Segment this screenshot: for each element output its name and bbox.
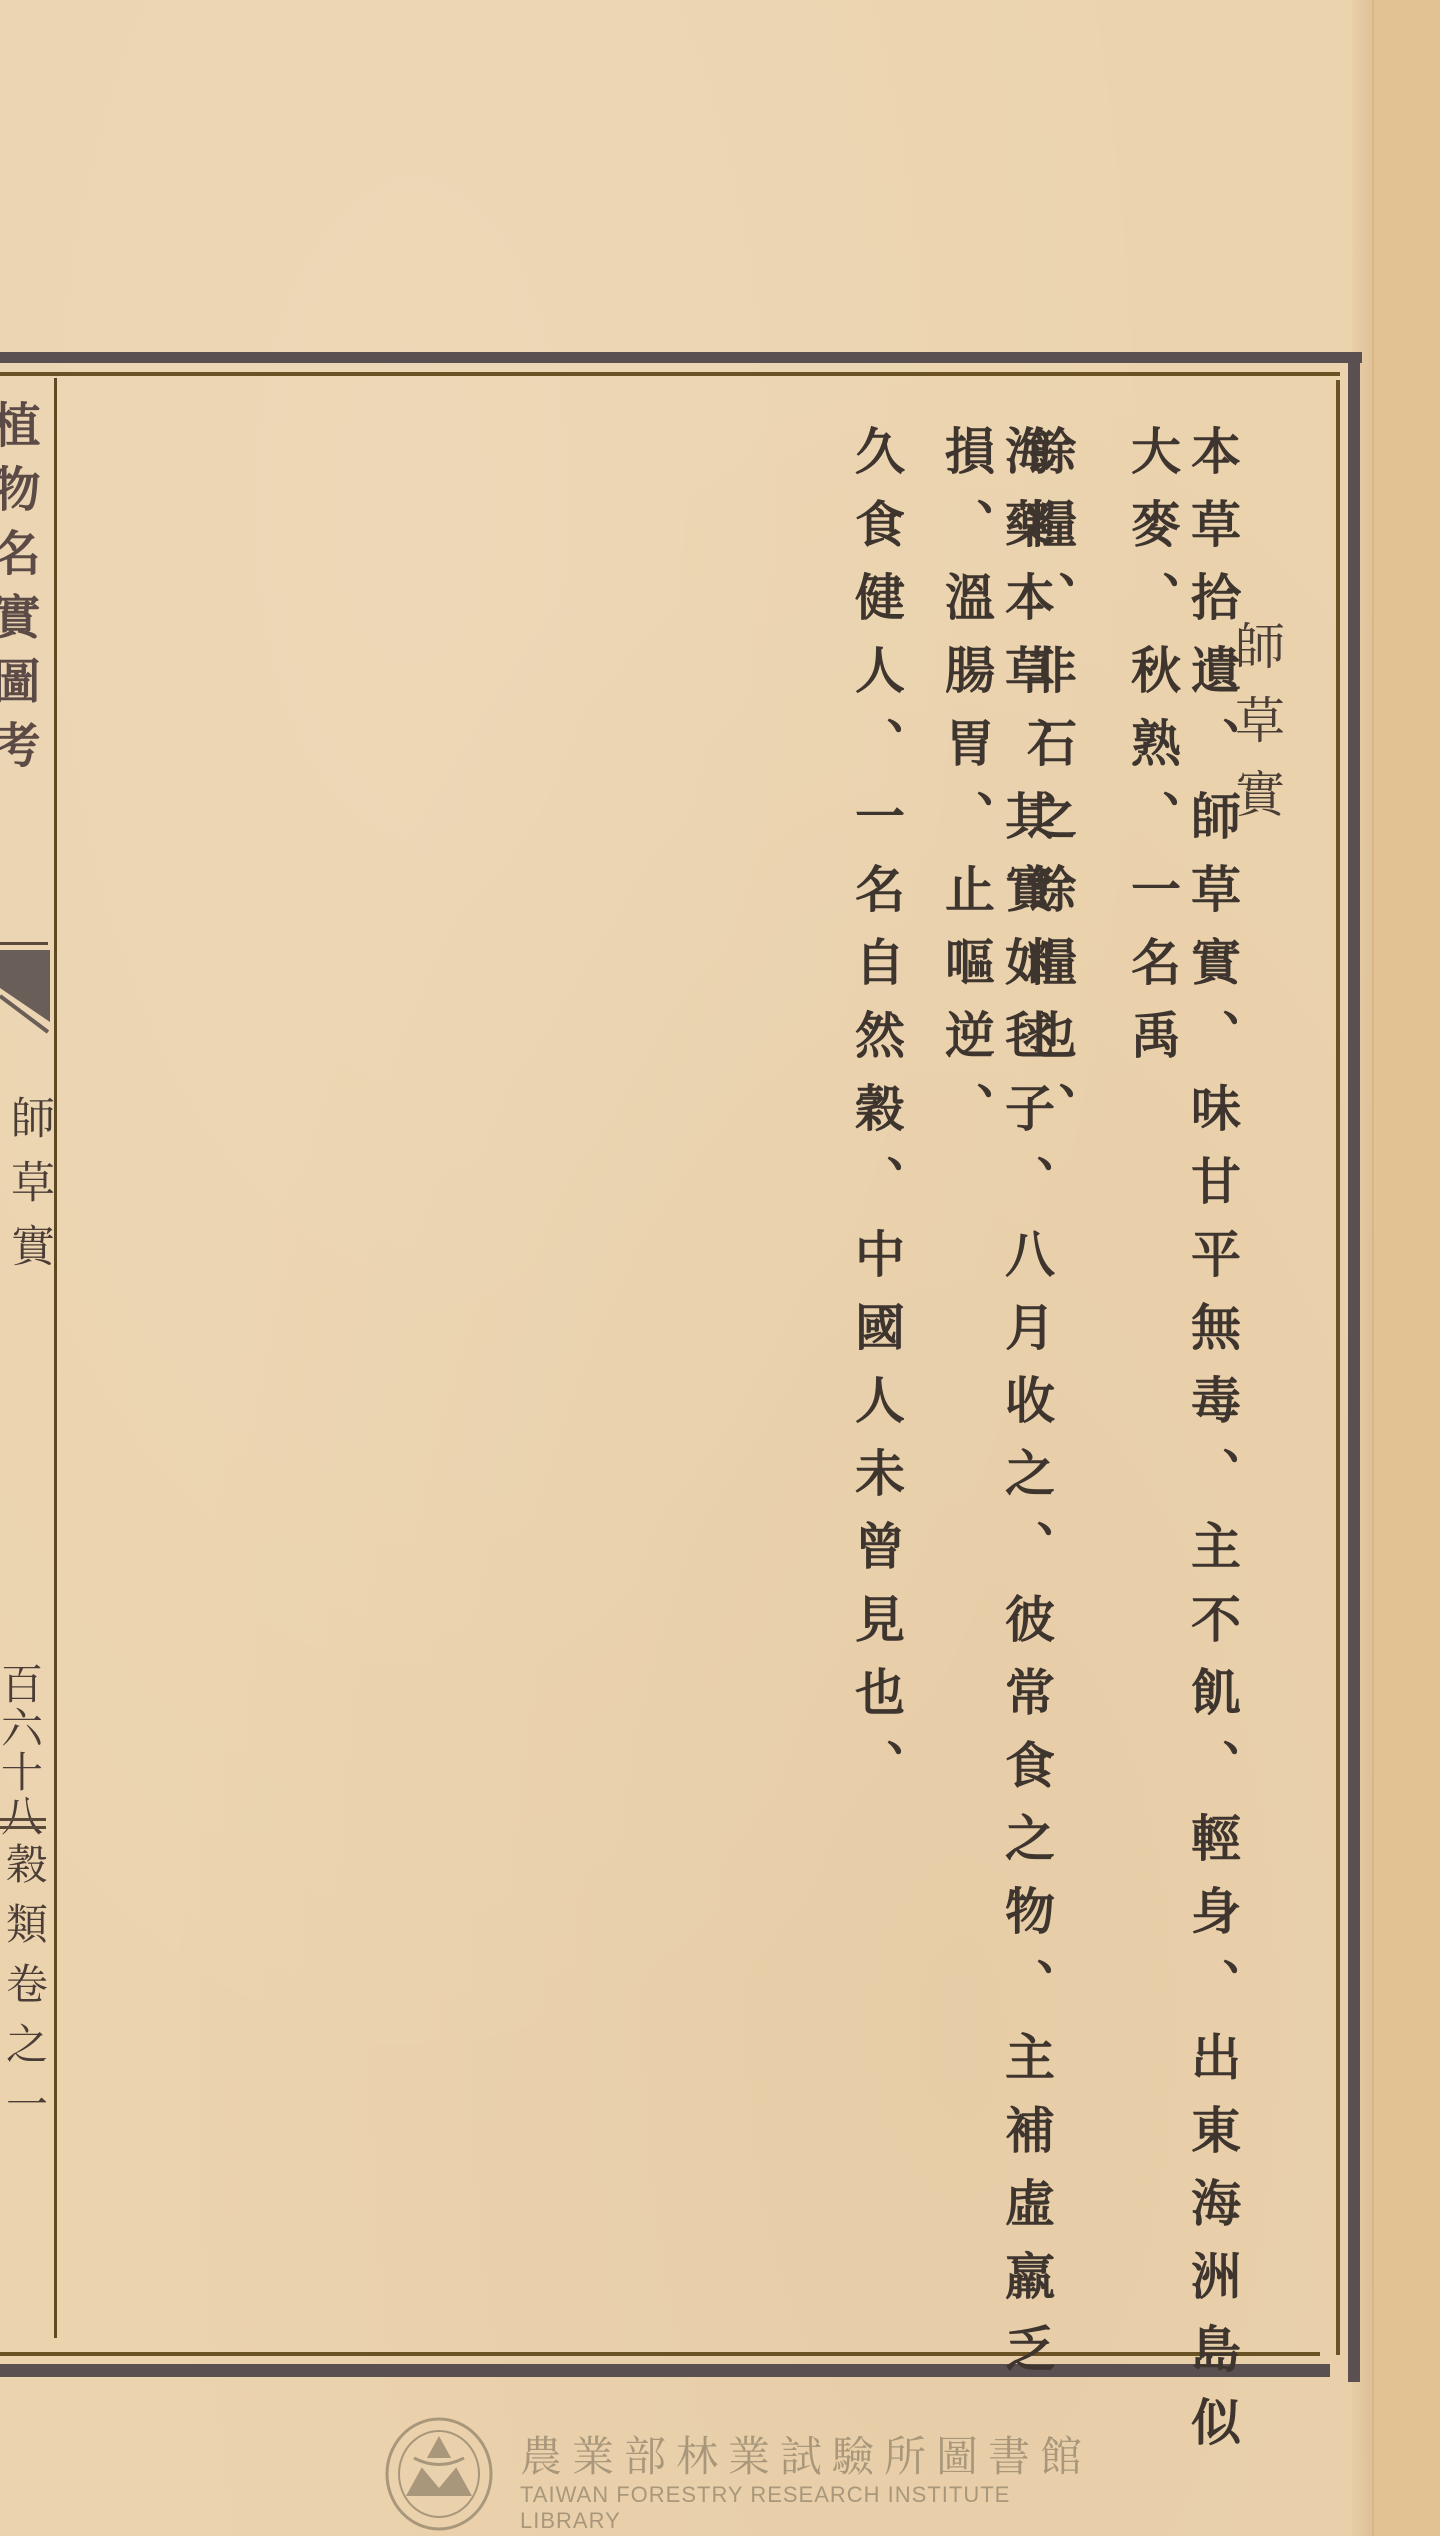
gutter-rule-2 — [0, 1826, 46, 1829]
outer-frame-right — [1348, 352, 1360, 2382]
fishtail-mark-icon — [0, 940, 52, 1040]
inner-frame-right — [1336, 380, 1340, 2355]
gutter-rule-1 — [0, 1818, 46, 1821]
inner-frame-top — [0, 372, 1340, 376]
svg-text:1896: 1896 — [425, 2501, 453, 2514]
gutter-section: 穀類卷之一 — [0, 1842, 54, 2142]
gutter-divider-line — [54, 378, 57, 2338]
gutter-entry-title: 師草實 — [0, 1095, 60, 1287]
library-watermark: 1896 農業部林業試驗所圖書館 TAIWAN FORESTRY RESEARC… — [372, 2412, 1092, 2536]
institute-logo-icon: 1896 — [384, 2416, 494, 2532]
outer-frame-top — [0, 352, 1362, 363]
text-column-1: 本草拾遺、師草實、味甘平無毒、主不飢、輕身、出東海洲島似大麥、秋熟、一名禹 — [1122, 425, 1242, 2536]
text-column-3: 海藥本草、其實如毬子、八月收之、彼常食之物、主補虛羸乏損、溫腸胃、止嘔逆、 — [936, 425, 1056, 2536]
library-name-english: TAIWAN FORESTRY RESEARCH INSTITUTE LIBRA… — [520, 2482, 1092, 2534]
gutter-book-title: 植物名實圖考 — [0, 400, 47, 784]
library-name-chinese: 農業部林業試驗所圖書館 — [520, 2424, 1092, 2484]
gutter-page-number: 百六十八 — [0, 1662, 42, 1838]
text-column-4: 久食健人、一名自然穀、中國人未曾見也、 — [846, 425, 906, 1812]
